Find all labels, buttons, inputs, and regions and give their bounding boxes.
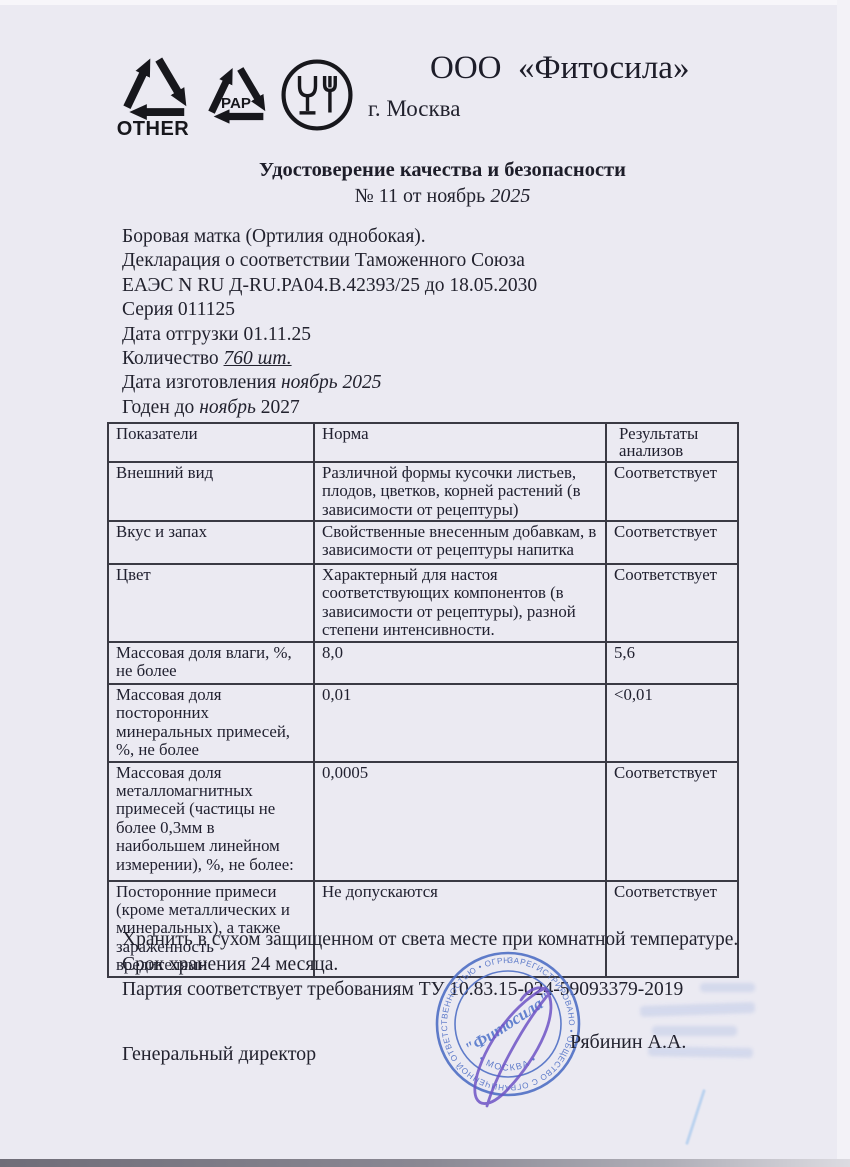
stamp-ghost-mark: [640, 1002, 755, 1017]
quantity-line: Количество 760 шт.: [122, 347, 537, 371]
declaration-line-2: ЕАЭС N RU Д-RU.PA04.B.42393/25 до 18.05.…: [122, 274, 537, 298]
expiry-year: 2027: [261, 397, 300, 418]
cell-result: 5,6: [606, 642, 738, 684]
signature-name: Рябинин А.А.: [570, 1031, 686, 1054]
product-info-block: Боровая матка (Ортилия однобокая). Декла…: [122, 225, 537, 420]
recycling-other-icon: [112, 50, 196, 120]
quality-indicators-table: Показатели Норма Результаты анализов Вне…: [107, 422, 739, 978]
cell-indicator: Внешний вид: [108, 462, 314, 521]
expiry-month: ноябрь: [199, 397, 261, 418]
table-header-row: Показатели Норма Результаты анализов: [108, 423, 738, 462]
table-row: Массовая доля посторонних минеральных пр…: [108, 684, 738, 762]
manufacture-date-line: Дата изготовления ноябрь 2025: [122, 371, 537, 395]
signature-role: Генеральный директор: [122, 1043, 316, 1066]
quantity-value: 760 шт.: [224, 348, 292, 369]
table-row: Цвет Характерный для настоя соответствую…: [108, 564, 738, 642]
cell-indicator: Массовая доля влаги, %, не более: [108, 642, 314, 684]
cell-indicator: Вкус и запах: [108, 521, 314, 564]
recycling-pap-label: PAP: [221, 95, 251, 112]
recycling-other-label: OTHER: [106, 118, 200, 141]
table-row: Внешний вид Различной формы кусочки лист…: [108, 462, 738, 521]
scan-edge-bottom: [0, 1159, 850, 1167]
cell-norm: 8,0: [314, 642, 606, 684]
storage-line: Хранить в сухом защищенном от света мест…: [122, 927, 738, 952]
document-number-line: № 11 от ноябрь 2025: [120, 185, 765, 208]
manufacture-date-value: ноябрь 2025: [281, 372, 382, 393]
company-city: г. Москва: [368, 96, 460, 122]
cell-result: Соответствует: [606, 762, 738, 881]
cell-result: Соответствует: [606, 521, 738, 564]
cell-result: Соответствует: [606, 564, 738, 642]
cell-indicator: Цвет: [108, 564, 314, 642]
scanned-certificate-page: OTHER PAP ООО «Фитосила» г. Москва Удост…: [0, 0, 850, 1167]
header-norm: Норма: [314, 423, 606, 462]
cell-indicator: Массовая доля посторонних минеральных пр…: [108, 684, 314, 762]
document-title: Удостоверение качества и безопасности: [120, 159, 765, 182]
cell-result: Соответствует: [606, 462, 738, 521]
table-row: Массовая доля влаги, %, не более 8,0 5,6: [108, 642, 738, 684]
declaration-line-1: Декларация о соответствии Таможенного Со…: [122, 249, 537, 273]
cell-norm: 0,0005: [314, 762, 606, 881]
cell-indicator: Массовая доля металломагнитных примесей …: [108, 762, 314, 881]
series-line: Серия 011125: [122, 298, 537, 322]
scan-edge-right: [837, 0, 850, 1167]
pen-streak-mark: [685, 1089, 706, 1145]
document-year: 2025: [490, 185, 530, 207]
cell-result: <0,01: [606, 684, 738, 762]
header-indicators: Показатели: [108, 423, 314, 462]
manufacture-date-label: Дата изготовления: [122, 372, 281, 393]
recycling-pap-icon: PAP: [200, 60, 272, 124]
cell-norm: Различной формы кусочки листьев, плодов,…: [314, 462, 606, 521]
table-row: Массовая доля металломагнитных примесей …: [108, 762, 738, 881]
table-row: Вкус и запах Свойственные внесенным доба…: [108, 521, 738, 564]
header-results: Результаты анализов: [606, 423, 738, 462]
cell-norm: Характерный для настоя соответствующих к…: [314, 564, 606, 642]
quantity-label: Количество: [122, 348, 224, 369]
scan-edge-top: [0, 0, 850, 5]
expiry-line: Годен до ноябрь 2027: [122, 396, 537, 420]
expiry-label: Годен до: [122, 397, 199, 418]
product-name: Боровая матка (Ортилия однобокая).: [122, 225, 537, 249]
cell-norm: Свойственные внесенным добавкам, в завис…: [314, 521, 606, 564]
company-name: ООО «Фитосила»: [430, 50, 689, 87]
stamp-ghost-mark: [700, 983, 755, 992]
ship-date-line: Дата отгрузки 01.11.25: [122, 323, 537, 347]
food-safe-glass-fork-icon: [279, 57, 355, 133]
document-number-prefix: № 11 от ноябрь: [355, 185, 491, 207]
cell-norm: 0,01: [314, 684, 606, 762]
